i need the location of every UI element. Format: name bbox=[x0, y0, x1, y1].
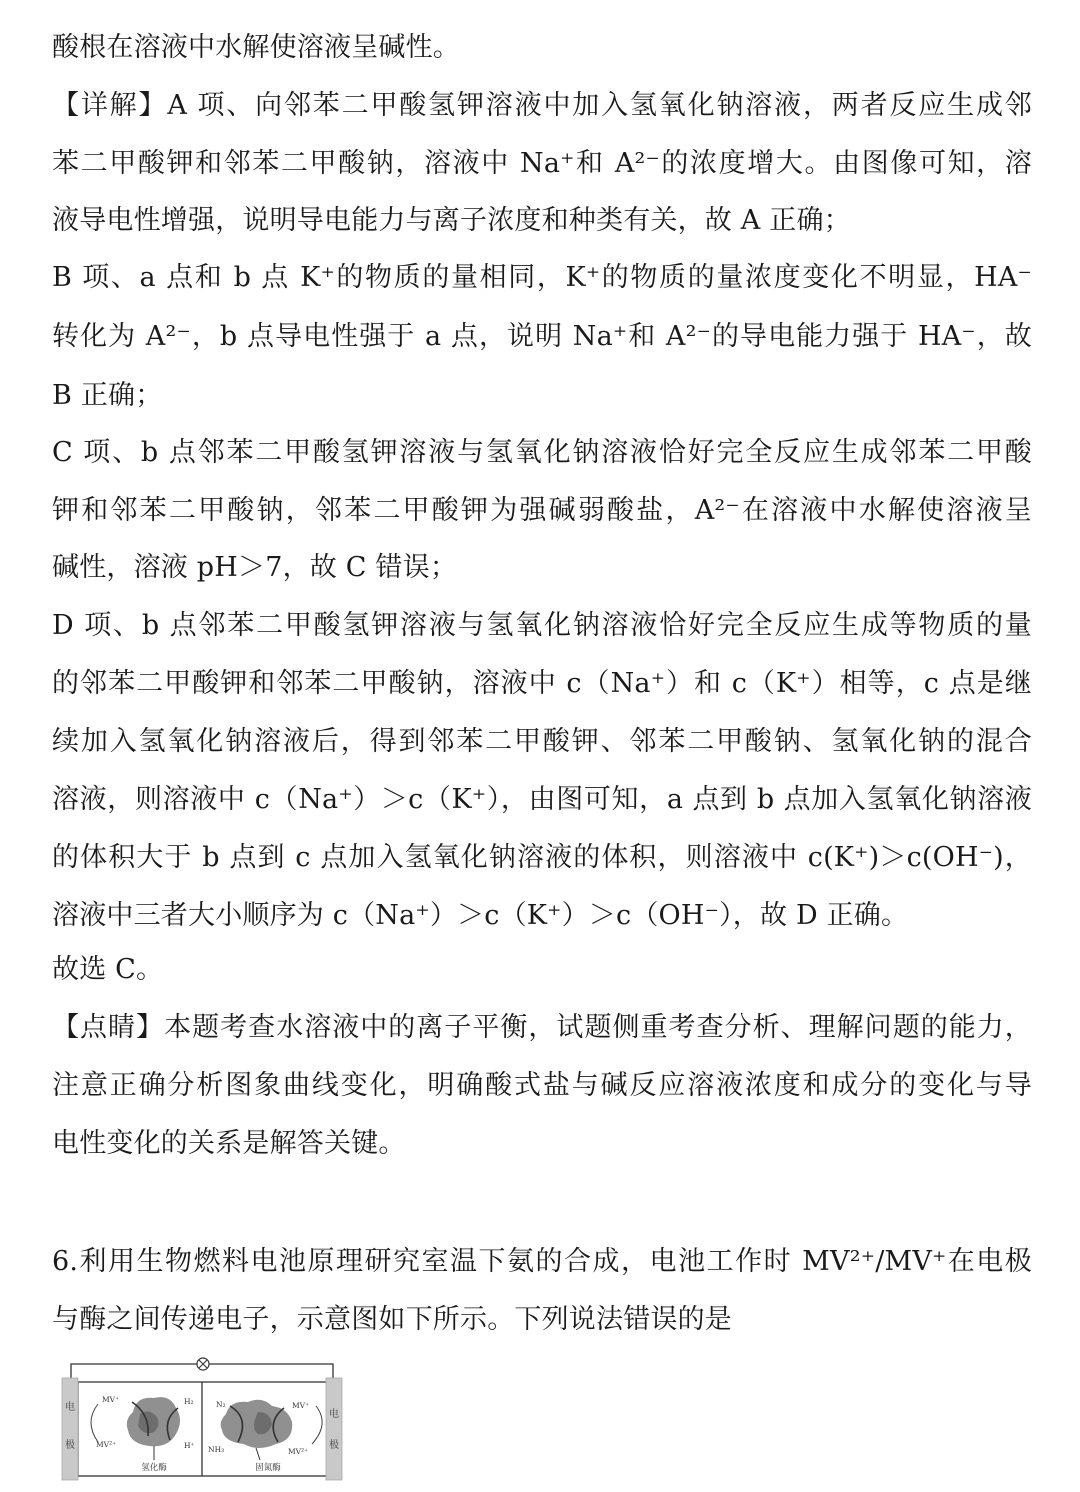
text-line: 【详解】A 项、向邻苯二甲酸氢钾溶液中加入氢氧化钠溶液，两者反应生成邻 bbox=[52, 86, 1032, 126]
meter-icon bbox=[197, 1358, 209, 1370]
text-line: 钾和邻苯二甲酸钠，邻苯二甲酸钾为强碱弱酸盐，A²⁻在溶液中水解使溶液呈 bbox=[52, 491, 1032, 531]
text-line: 与酶之间传递电子，示意图如下所示。下列说法错误的是 bbox=[52, 1300, 1032, 1340]
species-label: MV⁺ bbox=[292, 1401, 309, 1410]
diagram-label: 极 bbox=[65, 1438, 75, 1451]
text-line: 转化为 A²⁻，b 点导电性强于 a 点，说明 Na⁺和 A²⁻的导电能力强于 … bbox=[52, 317, 1032, 357]
text-line: B 项、a 点和 b 点 K⁺的物质的量相同，K⁺的物质的量浓度变化不明显，HA… bbox=[52, 258, 1032, 298]
text-line: 的体积大于 b 点到 c 点加入氢氧化钠溶液的体积，则溶液中 c(K⁺)＞c(O… bbox=[52, 838, 1032, 878]
text-line: 注意正确分析图象曲线变化，明确酸式盐与碱反应溶液浓度和成分的变化与导 bbox=[52, 1066, 1032, 1106]
species-label: H⁺ bbox=[184, 1441, 195, 1450]
text-line: 酸根在溶液中水解使溶液呈碱性。 bbox=[52, 28, 1032, 68]
species-label: H₂ bbox=[184, 1397, 194, 1406]
text-line: B 正确； bbox=[52, 376, 1032, 416]
text-line: C 项、b 点邻苯二甲酸氢钾溶液与氢氧化钠溶液恰好完全反应生成邻苯二甲酸 bbox=[52, 433, 1032, 473]
text-line: 续加入氢氧化钠溶液后，得到邻苯二甲酸钾、邻苯二甲酸钠、氢氧化钠的混合 bbox=[52, 722, 1032, 762]
diagram-label: 氢化酶 bbox=[141, 1462, 167, 1473]
document-page: 酸根在溶液中水解使溶液呈碱性。【详解】A 项、向邻苯二甲酸氢钾溶液中加入氢氧化钠… bbox=[0, 0, 1080, 1492]
diagram-label: 极 bbox=[329, 1438, 339, 1451]
text-line: 电性变化的关系是解答关键。 bbox=[52, 1124, 1032, 1164]
species-label: N₂ bbox=[216, 1400, 226, 1409]
left-electrode bbox=[62, 1378, 78, 1480]
text-line: 故选 C。 bbox=[52, 950, 1032, 990]
species-label: MV²⁺ bbox=[96, 1440, 116, 1449]
text-line: 苯二甲酸钾和邻苯二甲酸钠，溶液中 Na⁺和 A²⁻的浓度增大。由图像可知，溶 bbox=[52, 144, 1032, 184]
diagram-label: 电 bbox=[329, 1407, 339, 1420]
species-label: MV⁺ bbox=[102, 1395, 119, 1404]
species-label: NH₃ bbox=[208, 1445, 224, 1454]
text-line: D 项、b 点邻苯二甲酸氢钾溶液与氢氧化钠溶液恰好完全反应生成等物质的量 bbox=[52, 606, 1032, 646]
text-line: 6.利用生物燃料电池原理研究室温下氨的合成，电池工作时 MV²⁺/MV⁺在电极 bbox=[52, 1242, 1032, 1282]
diagram-label: 电 bbox=[65, 1400, 75, 1413]
text-line: 的邻苯二甲酸钾和邻苯二甲酸钠，溶液中 c（Na⁺）和 c（K⁺）相等，c 点是继 bbox=[52, 664, 1032, 704]
right-electrode bbox=[326, 1378, 342, 1480]
diagram-label: 固氮酶 bbox=[255, 1462, 281, 1473]
text-line: 溶液中三者大小顺序为 c（Na⁺）＞c（K⁺）＞c（OH⁻），故 D 正确。 bbox=[52, 896, 1032, 936]
text-line: 溶液，则溶液中 c（Na⁺）＞c（K⁺），由图可知，a 点到 b 点加入氢氧化钠… bbox=[52, 780, 1032, 820]
fuel-cell-diagram: 电 极 电 极 MV⁺ MV²⁺ H₂ H⁺ 氢化酶 N₂ NH₃ MV⁺ MV… bbox=[58, 1352, 348, 1482]
text-line: 碱性，溶液 pH＞7，故 C 错误； bbox=[52, 548, 1032, 588]
text-line: 液导电性增强，说明导电能力与离子浓度和种类有关，故 A 正确； bbox=[52, 201, 1032, 241]
species-label: MV²⁺ bbox=[288, 1447, 308, 1456]
text-line: 【点睛】本题考查水溶液中的离子平衡，试题侧重考查分析、理解问题的能力， bbox=[52, 1008, 1032, 1048]
